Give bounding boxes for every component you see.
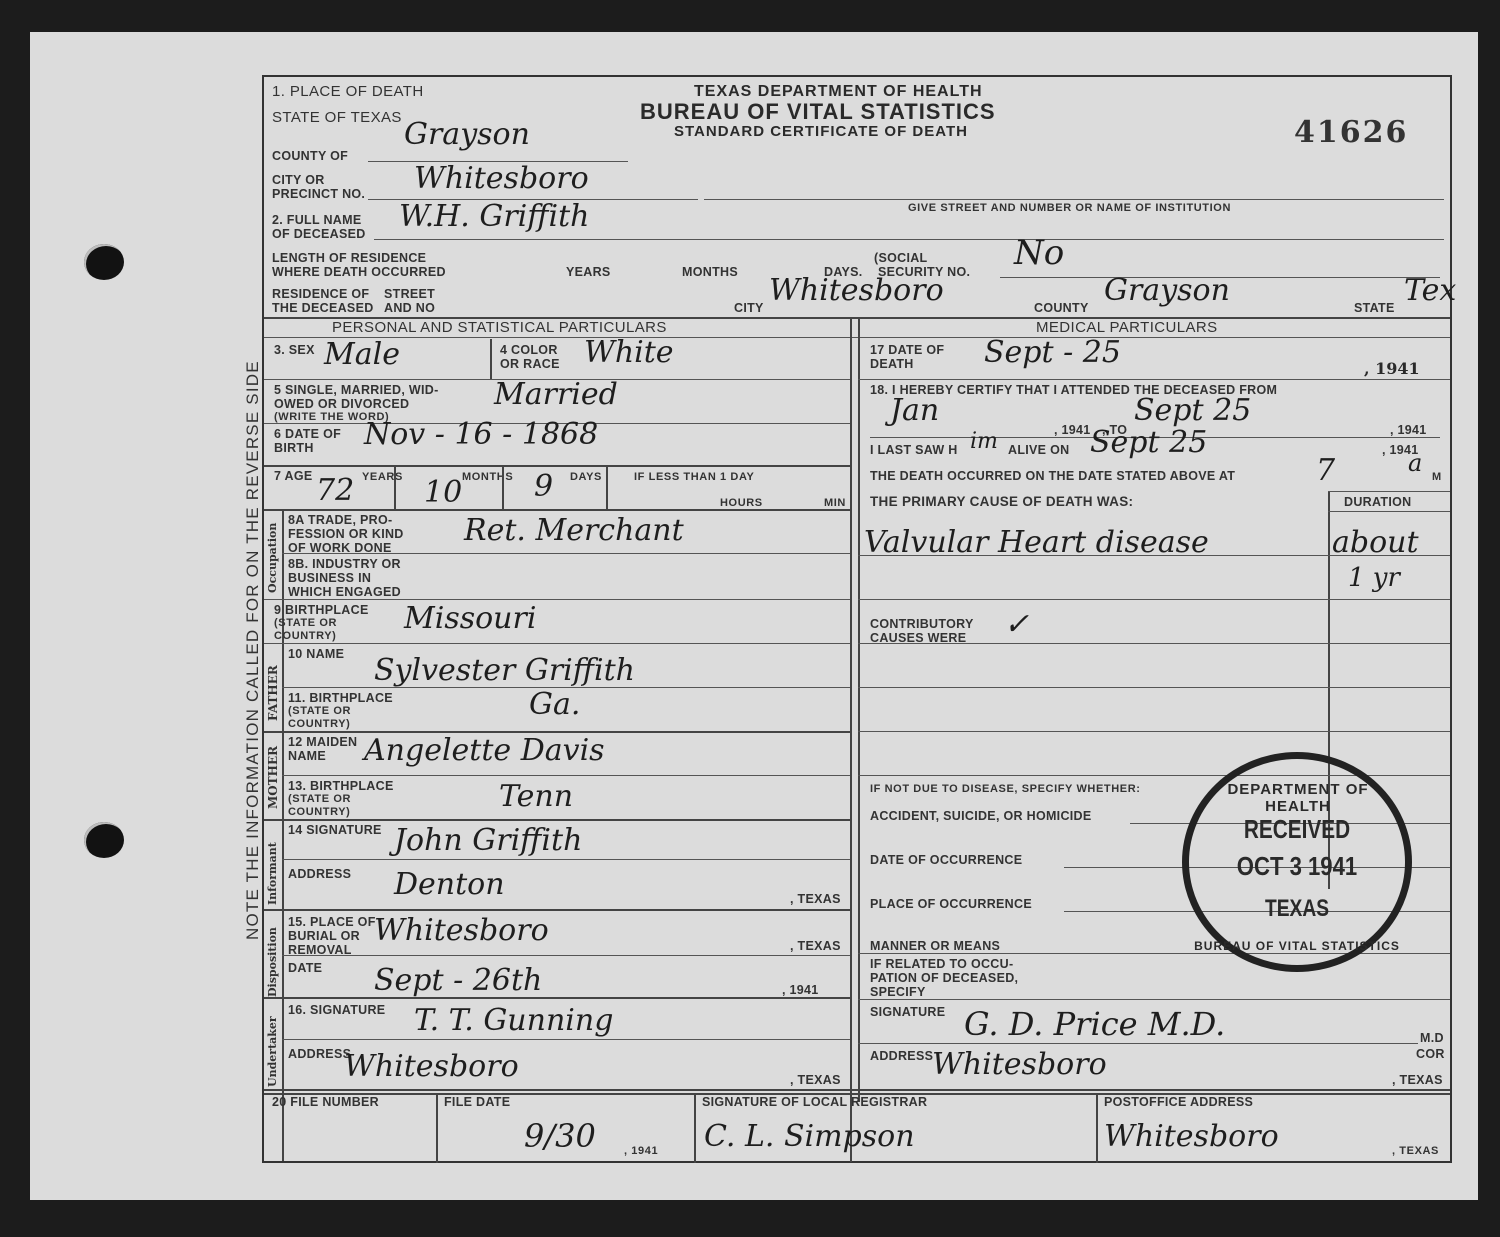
of-deceased-label: OF DECEASED xyxy=(272,227,366,241)
city-label: CITY OR xyxy=(272,173,325,187)
received-stamp: DEPARTMENT OF HEALTH RECEIVED OCT 3 1941… xyxy=(1182,752,1412,972)
where-death-occurred-label: WHERE DEATH OCCURRED xyxy=(272,265,446,279)
file-date-label: FILE DATE xyxy=(444,1095,510,1109)
informant-signature: John Griffith xyxy=(394,823,582,858)
not-disease-label: IF NOT DUE TO DISEASE, SPECIFY WHETHER: xyxy=(870,783,1141,796)
deceased-occupation-label: PATION OF DECEASED, xyxy=(870,971,1018,985)
physician-address-label: ADDRESS xyxy=(870,1049,933,1063)
attended-to: Sept 25 xyxy=(1134,393,1251,428)
undertaker-signature: T. T. Gunning xyxy=(414,1003,613,1038)
residence-county-label: COUNTY xyxy=(1034,301,1089,315)
occurrence-date-label: DATE OF OCCURRENCE xyxy=(870,853,1022,867)
informant-texas-label: , TEXAS xyxy=(790,892,841,906)
date-of-death-label: 17 DATE OF xyxy=(870,343,944,357)
stamp-date: OCT 3 1941 xyxy=(1205,851,1389,882)
last-saw-date: Sept 25 xyxy=(1090,425,1207,460)
file-year: , 1941 xyxy=(624,1145,658,1158)
undertaker-signature-label: 16. SIGNATURE xyxy=(288,1003,385,1017)
state-of-texas-label: STATE OF TEXAS xyxy=(272,109,402,126)
burial-year: , 1941 xyxy=(782,983,819,997)
attended-from: Jan xyxy=(890,393,939,428)
death-year: , 1941 xyxy=(1364,359,1420,378)
date-of-death: Sept - 25 xyxy=(984,335,1121,370)
age-days: 9 xyxy=(534,469,553,504)
postoffice-address: Whitesboro xyxy=(1104,1119,1279,1154)
time-of-death-label: THE DEATH OCCURRED ON THE DATE STATED AB… xyxy=(870,469,1235,483)
contributory-check: ✓ xyxy=(1004,607,1029,642)
md-label: M.D xyxy=(1420,1031,1444,1045)
marital-status: Married xyxy=(494,377,618,412)
street-label: STREET xyxy=(384,287,435,301)
death-certificate-form: TEXAS DEPARTMENT OF HEALTH BUREAU OF VIT… xyxy=(262,75,1452,1163)
physician-signature: G. D. Price M.D. xyxy=(964,1005,1225,1043)
residence-state: Tex xyxy=(1404,273,1456,308)
race-value: White xyxy=(584,335,674,370)
punch-hole-top xyxy=(84,244,124,280)
birth-label: BIRTH xyxy=(274,441,314,455)
medical-section-title: MEDICAL PARTICULARS xyxy=(1036,319,1218,336)
sex-value: Male xyxy=(324,337,400,372)
file-number-label: 20 FILE NUMBER xyxy=(272,1095,379,1109)
industry-label: 8B. INDUSTRY OR xyxy=(288,557,401,571)
occupation-related-label: IF RELATED TO OCCU- xyxy=(870,957,1013,971)
residence-county: Grayson xyxy=(1104,273,1230,308)
state-or-label: (STATE OR xyxy=(274,617,337,630)
primary-cause-label: THE PRIMARY CAUSE OF DEATH WAS: xyxy=(870,495,1133,509)
from-year: , 1941 xyxy=(1054,423,1091,437)
burial-date: Sept - 26th xyxy=(374,963,542,998)
place-of-death-label: 1. PLACE OF DEATH xyxy=(272,83,424,100)
postoffice-label: POSTOFFICE ADDRESS xyxy=(1104,1095,1253,1109)
years-label: YEARS xyxy=(566,265,611,279)
profession-label: FESSION OR KIND xyxy=(288,527,404,541)
less-than-day-label: IF LESS THAN 1 DAY xyxy=(634,471,754,484)
mother-birthplace-label: 13. BIRTHPLACE xyxy=(288,779,394,793)
residence-label: RESIDENCE OF xyxy=(272,287,369,301)
date-of-birth: Nov - 16 - 1868 xyxy=(364,417,598,452)
residence-state-label: STATE xyxy=(1354,301,1395,315)
and-no-label: AND NO xyxy=(384,301,435,315)
undertaker-side-label: Undertaker xyxy=(266,1016,279,1087)
father-name-label: 10 NAME xyxy=(288,647,344,661)
mother-name-label: NAME xyxy=(288,749,326,763)
burial-or-label: BURIAL OR xyxy=(288,929,360,943)
father-name: Sylvester Griffith xyxy=(374,653,635,688)
burial-place-label: 15. PLACE OF xyxy=(288,915,376,929)
mother-maiden-label: 12 MAIDEN xyxy=(288,735,357,749)
mother-name: Angelette Davis xyxy=(364,733,605,768)
undertaker-address-label: ADDRESS xyxy=(288,1047,351,1061)
bureau-heading: BUREAU OF VITAL STATISTICS xyxy=(640,99,996,125)
reverse-side-note: NOTE THE INFORMATION CALLED FOR ON THE R… xyxy=(243,360,263,940)
undertaker-address: Whitesboro xyxy=(344,1049,519,1084)
trade-value: Ret. Merchant xyxy=(464,513,684,548)
disposition-side-label: Disposition xyxy=(266,927,279,997)
time-of-death: 7 xyxy=(1316,453,1335,488)
to-year: , 1941 xyxy=(1390,423,1427,437)
stamp-received: RECEIVED xyxy=(1211,814,1384,845)
physician-address: Whitesboro xyxy=(932,1047,1107,1082)
ssn-label: (SOCIAL xyxy=(874,251,928,265)
cor-label: COR xyxy=(1416,1047,1445,1061)
contributory-label: CONTRIBUTORY xyxy=(870,617,974,631)
trade-label: 8A TRADE, PRO- xyxy=(288,513,392,527)
age-months: 10 xyxy=(424,475,462,510)
business-label: BUSINESS IN xyxy=(288,571,371,585)
physician-signature-label: SIGNATURE xyxy=(870,1005,945,1019)
certificate-number: 41626 xyxy=(1294,115,1408,150)
mother-birthplace: Tenn xyxy=(499,779,573,814)
stamp-ring-bottom: BUREAU OF VITAL STATISTICS xyxy=(1189,939,1405,953)
manner-label: MANNER OR MEANS xyxy=(870,939,1000,953)
am-pm: a xyxy=(1408,449,1422,477)
father-side-label: FATHER xyxy=(266,665,280,721)
mother-side-label: MOTHER xyxy=(266,746,280,809)
age-years-label: YEARS xyxy=(362,471,403,484)
race-label: 4 COLOR xyxy=(500,343,558,357)
footer-texas-label: , TEXAS xyxy=(1392,1145,1439,1158)
personal-section-title: PERSONAL AND STATISTICAL PARTICULARS xyxy=(332,319,667,336)
registrar-signature: C. L. Simpson xyxy=(704,1119,915,1154)
burial-texas-label: , TEXAS xyxy=(790,939,841,953)
father-birthplace-label: 11. BIRTHPLACE xyxy=(288,691,393,705)
registrar-label: SIGNATURE OF LOCAL REGISTRAR xyxy=(702,1095,927,1109)
occupation-side-label: Occupation xyxy=(266,523,279,593)
country-label: COUNTRY) xyxy=(274,630,336,643)
occurrence-place-label: PLACE OF OCCURRENCE xyxy=(870,897,1032,911)
specify-label: SPECIFY xyxy=(870,985,926,999)
stamp-ring-top: DEPARTMENT OF HEALTH xyxy=(1203,781,1393,815)
informant-signature-label: 14 SIGNATURE xyxy=(288,823,382,837)
informant-address: Denton xyxy=(394,867,505,902)
file-date: 9/30 xyxy=(524,1117,596,1155)
birthplace-value: Missouri xyxy=(404,601,536,636)
residence-city-label: CITY xyxy=(734,301,764,315)
accident-label: ACCIDENT, SUICIDE, OR HOMICIDE xyxy=(870,809,1092,823)
father-birthplace: Ga. xyxy=(529,687,580,722)
marital-label: 5 SINGLE, MARRIED, WID- xyxy=(274,383,439,397)
owed-divorced-label: OWED OR DIVORCED xyxy=(274,397,409,411)
county-label: COUNTY OF xyxy=(272,149,348,163)
city-value: Whitesboro xyxy=(414,161,589,196)
residence-length-label: LENGTH OF RESIDENCE xyxy=(272,251,426,265)
full-name-label: 2. FULL NAME xyxy=(272,213,361,227)
birthplace-label: 9 BIRTHPLACE xyxy=(274,603,369,617)
engaged-label: WHICH ENGAGED xyxy=(288,585,401,599)
informant-address-label: ADDRESS xyxy=(288,867,351,881)
age-days-label: DAYS xyxy=(570,471,602,484)
alive-on-label: ALIVE ON xyxy=(1008,443,1069,457)
duration-2: 1 yr xyxy=(1348,563,1400,593)
burial-place: Whitesboro xyxy=(374,913,549,948)
father-country-label: COUNTRY) xyxy=(288,718,350,731)
duration-label: DURATION xyxy=(1344,495,1411,509)
age-label: 7 AGE xyxy=(274,469,313,483)
mother-country-label: COUNTRY) xyxy=(288,806,350,819)
punch-hole-bottom xyxy=(84,822,124,858)
last-saw-him: im xyxy=(970,429,998,454)
certificate-subtitle: STANDARD CERTIFICATE OF DEATH xyxy=(674,123,968,140)
last-saw-label: I LAST SAW H xyxy=(870,443,958,457)
residence-city: Whitesboro xyxy=(769,273,944,308)
or-race-label: OR RACE xyxy=(500,357,560,371)
m-suffix: M xyxy=(1432,471,1442,484)
precinct-label: PRECINCT NO. xyxy=(272,187,365,201)
ssn-value: No xyxy=(1014,233,1064,273)
burial-date-label: DATE xyxy=(288,961,322,975)
age-months-label: MONTHS xyxy=(462,471,513,484)
sex-label: 3. SEX xyxy=(274,343,315,357)
stamp-state: TEXAS xyxy=(1211,895,1384,923)
undertaker-texas-label: , TEXAS xyxy=(790,1073,841,1087)
father-state-or-label: (STATE OR xyxy=(288,705,351,718)
age-years: 72 xyxy=(316,473,354,508)
death-label: DEATH xyxy=(870,357,914,371)
institution-note: GIVE STREET AND NUMBER OR NAME OF INSTIT… xyxy=(908,202,1231,215)
county-value: Grayson xyxy=(404,117,530,152)
informant-side-label: Informant xyxy=(266,842,279,905)
months-label: MONTHS xyxy=(682,265,738,279)
physician-texas-label: , TEXAS xyxy=(1392,1073,1443,1087)
dob-label: 6 DATE OF xyxy=(274,427,341,441)
deceased-name: W.H. Griffith xyxy=(399,199,590,234)
the-deceased-label: THE DECEASED xyxy=(272,301,374,315)
mother-state-or-label: (STATE OR xyxy=(288,793,351,806)
